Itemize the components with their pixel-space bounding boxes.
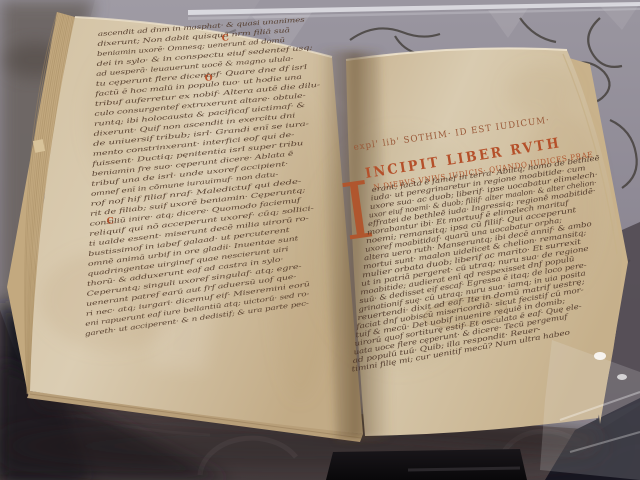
svg-text:C: C	[106, 216, 114, 227]
display-stand	[326, 449, 527, 480]
svg-text:O: O	[204, 73, 213, 84]
photo-stage: ascendit ad dnm in masphat· & quasi unan…	[0, 0, 640, 480]
scene: ascendit ad dnm in masphat· & quasi unan…	[0, 0, 640, 480]
svg-text:C: C	[221, 33, 229, 44]
